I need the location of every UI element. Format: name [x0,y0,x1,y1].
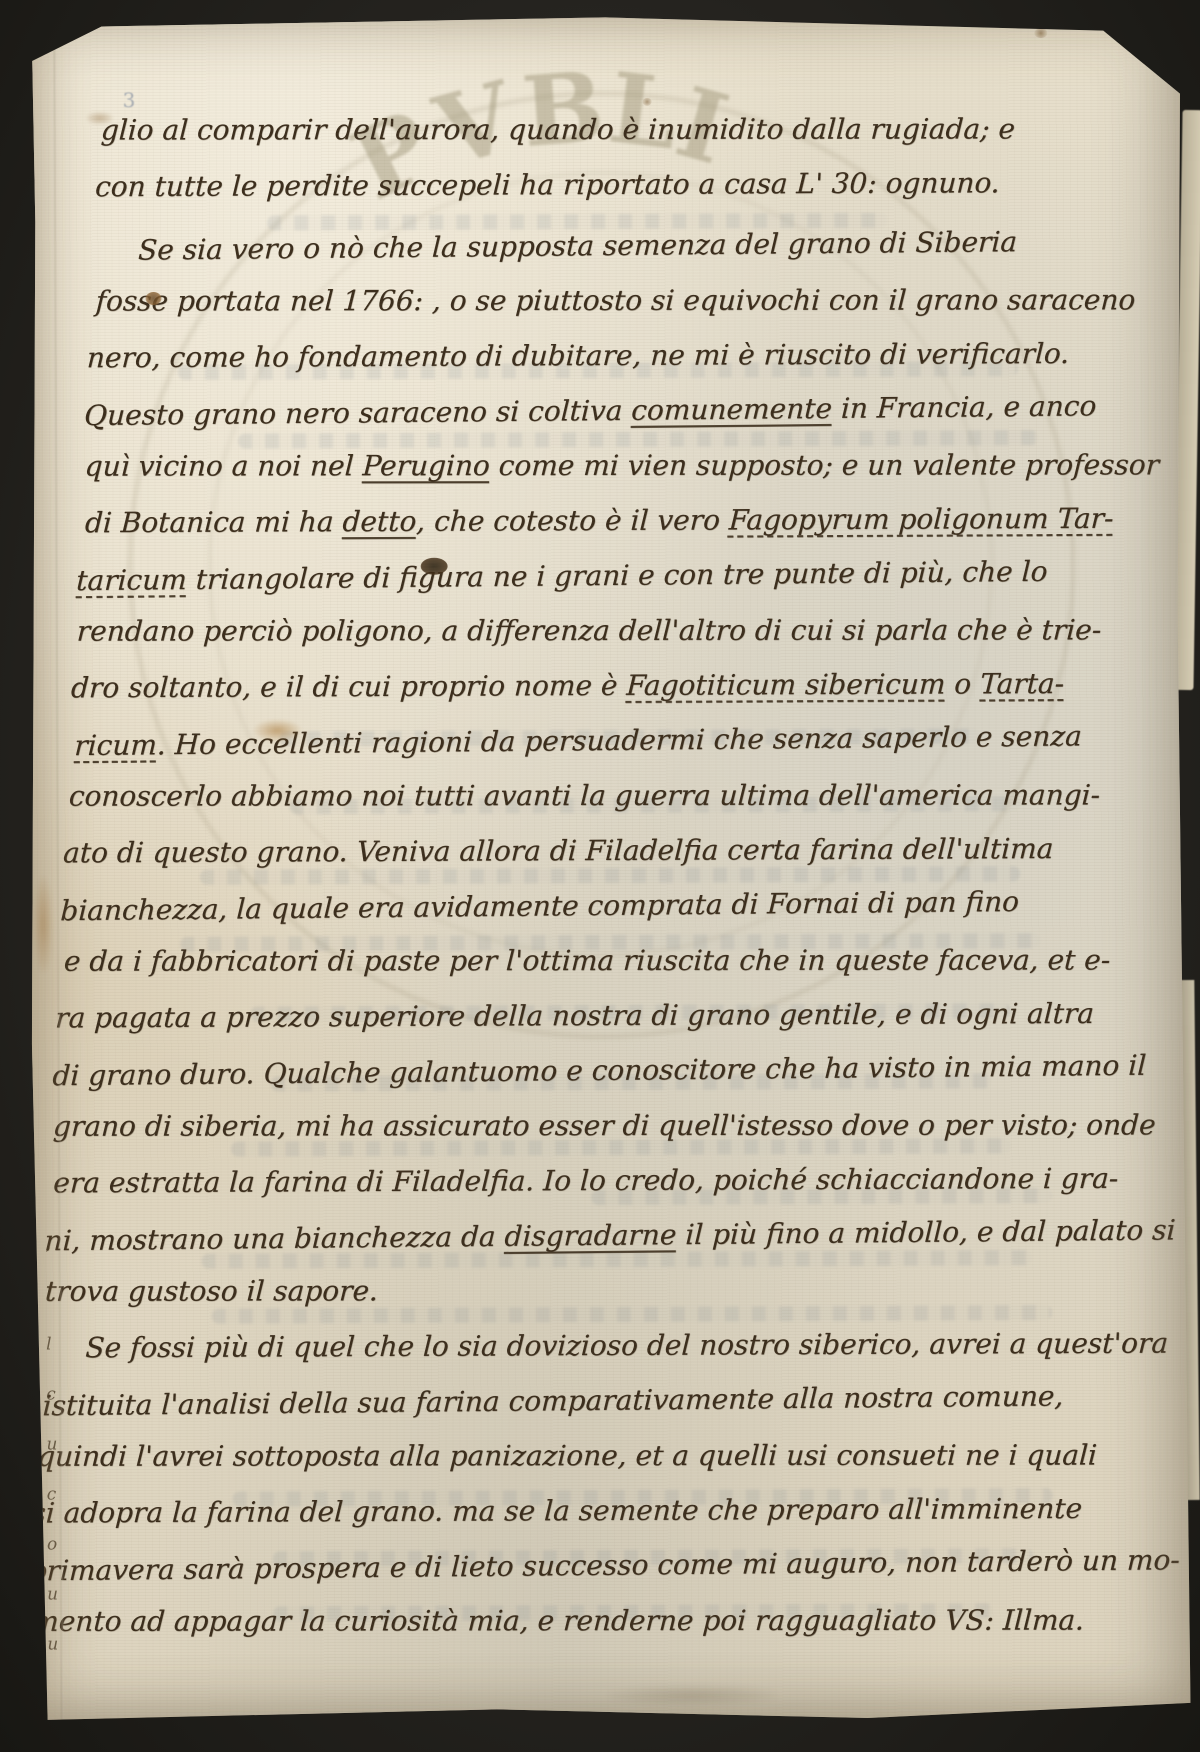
text-line: fosse portata nel 1766: , o se piuttosto… [94,272,1161,328]
paper-stain [1034,28,1047,38]
text-line: rendano perciò poligono, a differenza de… [75,602,1145,658]
text-segment: si adopra la farina del grano. ma se la … [31,1492,1083,1530]
text-segment: grano di siberia, mi ha assicurato esser… [52,1108,1156,1142]
text-segment: fosse portata nel 1766: , o se piuttosto… [95,283,1136,317]
text-line: grano di siberia, mi ha assicurato esser… [52,1097,1122,1153]
text-segment: e da i fabbricatori di paste per l'ottim… [63,943,1111,977]
text-segment: triangolare di figura ne i grani e con t… [186,555,1048,596]
text-line: nero, come ho fondamento di dubitare, ne… [86,326,1159,386]
text-line: quì vicino a noi nel Perugino come mi vi… [83,437,1153,493]
text-segment: ni, mostrano una bianchezza da [44,1220,505,1257]
text-line: di grano duro. Qualche galantuomo e cono… [51,1038,1124,1103]
text-segment: Se fossi più di quel che lo sia dovizios… [85,1327,1169,1365]
text-segment: bianchezza, la quale era avidamente comp… [60,885,1020,927]
text-line: si adopra la farina del grano. ma se la … [30,1481,1103,1541]
photo-background: PVBLI 3 glio al comparir dell'aurora, qu… [0,0,1200,1752]
edge-stain [34,876,52,972]
text-line: e da i fabbricatori di paste per l'ottim… [63,932,1130,988]
text-line: conoscerlo abbiamo noi tutti avanti la g… [68,767,1138,823]
text-segment: mento ad appagar la curiosità mia, e ren… [31,1604,1084,1638]
text-segment: con tutte le perdite succepeli ha riport… [94,166,1000,203]
text-segment: ato di questo grano. Veniva allora di Fi… [62,832,1054,869]
underlined-word: Perugino [362,449,491,482]
text-line: ni, mostrano una bianchezza da disgradar… [43,1203,1116,1268]
text-segment: di grano duro. Qualche galantuomo e cono… [52,1049,1147,1093]
text-segment: Se sia vero o nò che la supposta semenza… [137,225,1017,266]
text-line: taricum triangolare di figura ne i grani… [75,543,1148,608]
text-line: ricum. Ho eccellenti ragioni da persuade… [73,708,1140,773]
text-line: Se fossi più di quel che lo sia dovizios… [38,1316,1111,1376]
text-segment: dro soltanto, e il di cui proprio nome è [70,669,627,704]
text-segment: . Ho eccellenti ragioni da persuadermi c… [156,719,1082,761]
text-line: mento ad appagar la curiosità mia, e ren… [31,1593,1098,1649]
text-segment: o [945,667,981,700]
underlined-word: detto [342,505,417,538]
underlined-word: ricum [74,728,158,762]
text-segment: il più fino a midollo, e dal palato si [676,1213,1177,1251]
text-segment: era estratta la farina di Filadelfia. Io… [53,1162,1120,1200]
text-segment: nero, come ho fondamento di dubitare, ne… [86,337,1070,374]
text-line: di Botanica mi ha detto, che cotesto è i… [84,491,1151,551]
text-segment: conoscerlo abbiamo noi tutti avanti la g… [68,778,1101,812]
text-segment: , che cotesto è il vero [416,503,730,537]
text-segment: primavera sarà prospera e di lieto succe… [28,1543,1181,1587]
text-line: ra pagata a prezzo superiore della nostr… [54,986,1127,1046]
underlined-word: disgradarne [504,1218,677,1253]
text-segment: glio al comparir dell'aurora, quando è i… [100,112,1016,146]
text-segment: Questo grano nero saraceno si coltiva [84,394,633,432]
text-line: era estratta la farina di Filadelfia. Io… [52,1151,1119,1211]
text-segment: quì vicino a noi nel [84,449,363,482]
text-segment: di Botanica mi ha [84,505,343,539]
bottom-stain [608,1685,778,1706]
underlined-word: taricum [76,563,188,597]
manuscript-page: PVBLI 3 glio al comparir dell'aurora, qu… [26,11,1191,1728]
text-line: bianchezza, la quale era avidamente comp… [59,873,1132,938]
verso-bleedthrough [26,11,1184,16]
text-segment: in Francia, e anco [831,389,1097,425]
text-line: istituita l'analisi della sua farina com… [41,1368,1108,1433]
underlined-word: Fagotiticum sibericum [626,668,947,702]
handwritten-text: glio al comparir dell'aurora, quando è i… [25,100,1169,1651]
text-segment: istituita l'analisi della sua farina com… [42,1379,1064,1422]
text-line: primavera sarà prospera e di lieto succe… [28,1533,1101,1598]
text-line: Se sia vero o nò che la supposta semenza… [91,213,1164,278]
text-line: trova gustoso il sapore. [44,1262,1114,1318]
text-line: glio al comparir dell'aurora, quando è i… [100,101,1170,157]
text-segment: quindi l'avrei sottoposta alla panizazio… [36,1439,1097,1473]
underlined-word: Fagopyrum poligonum Tar- [728,502,1114,537]
text-line: Questo grano nero saraceno si coltiva co… [83,378,1156,443]
text-segment: trova gustoso il sapore. [44,1274,379,1307]
text-segment: rendano perciò poligono, a differenza de… [76,613,1102,647]
text-line: quindi l'avrei sottoposta alla panizazio… [36,1428,1106,1484]
text-segment: come mi vien supposto; e un valente prof… [489,448,1160,482]
underlined-word: comunemente [631,392,833,427]
text-line: con tutte le perdite succepeli ha riport… [94,155,1167,215]
text-segment: ra pagata a prezzo superiore della nostr… [54,997,1094,1035]
text-line: ato di questo grano. Veniva allora di Fi… [62,821,1135,881]
text-line: dro soltanto, e il di cui proprio nome è… [70,656,1143,716]
underlined-word: Tarta- [979,667,1065,700]
